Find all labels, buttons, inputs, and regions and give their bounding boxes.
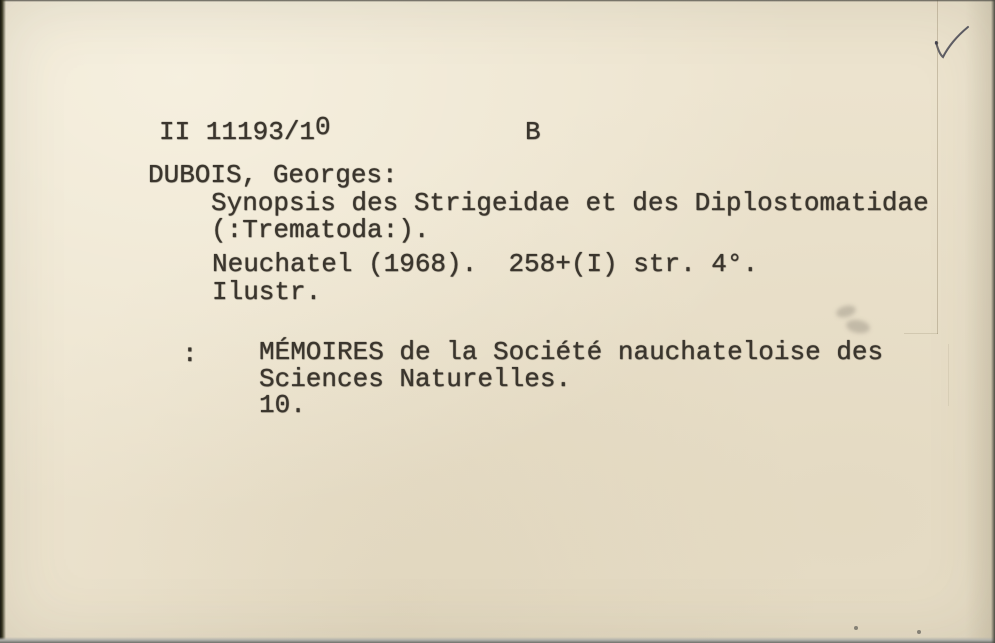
ink-smudge (845, 318, 871, 335)
card-edge-left (0, 0, 6, 643)
dust-speck (917, 630, 921, 634)
series-title-line-1: MÉMOIRES de la Société nauchateloise des (259, 339, 883, 365)
ink-smudge (835, 304, 857, 320)
call-number-main: II 11193/1 (159, 117, 315, 147)
card-edge-bottom (0, 637, 995, 643)
card-edge-right (991, 0, 995, 643)
author-heading: DUBOIS, Georges: (148, 162, 398, 188)
section-letter: B (525, 119, 541, 145)
checkmark-icon (912, 16, 978, 70)
catalog-card: II 11193/10 B DUBOIS, Georges: Synopsis … (0, 0, 995, 643)
card-edge-top (0, 0, 995, 2)
call-number-superscript: 0 (315, 112, 331, 142)
paper-crease-horizontal (904, 333, 938, 334)
series-colon: : (182, 341, 198, 367)
title-line-2: (:Trematoda:). (211, 217, 429, 243)
title-line-1: Synopsis des Strigeidae et des Diplostom… (211, 190, 929, 216)
illustration-note: Ilustr. (212, 279, 321, 305)
series-number: 10. (259, 392, 306, 418)
paper-crease-faint (948, 344, 949, 406)
imprint-line: Neuchatel (1968). 258+(I) str. 4°. (212, 251, 758, 277)
series-title-line-2: Sciences Naturelles. (259, 366, 571, 392)
card-edge-shading (965, 0, 995, 643)
call-number: II 11193/10 (159, 119, 331, 145)
dust-speck (854, 626, 858, 630)
